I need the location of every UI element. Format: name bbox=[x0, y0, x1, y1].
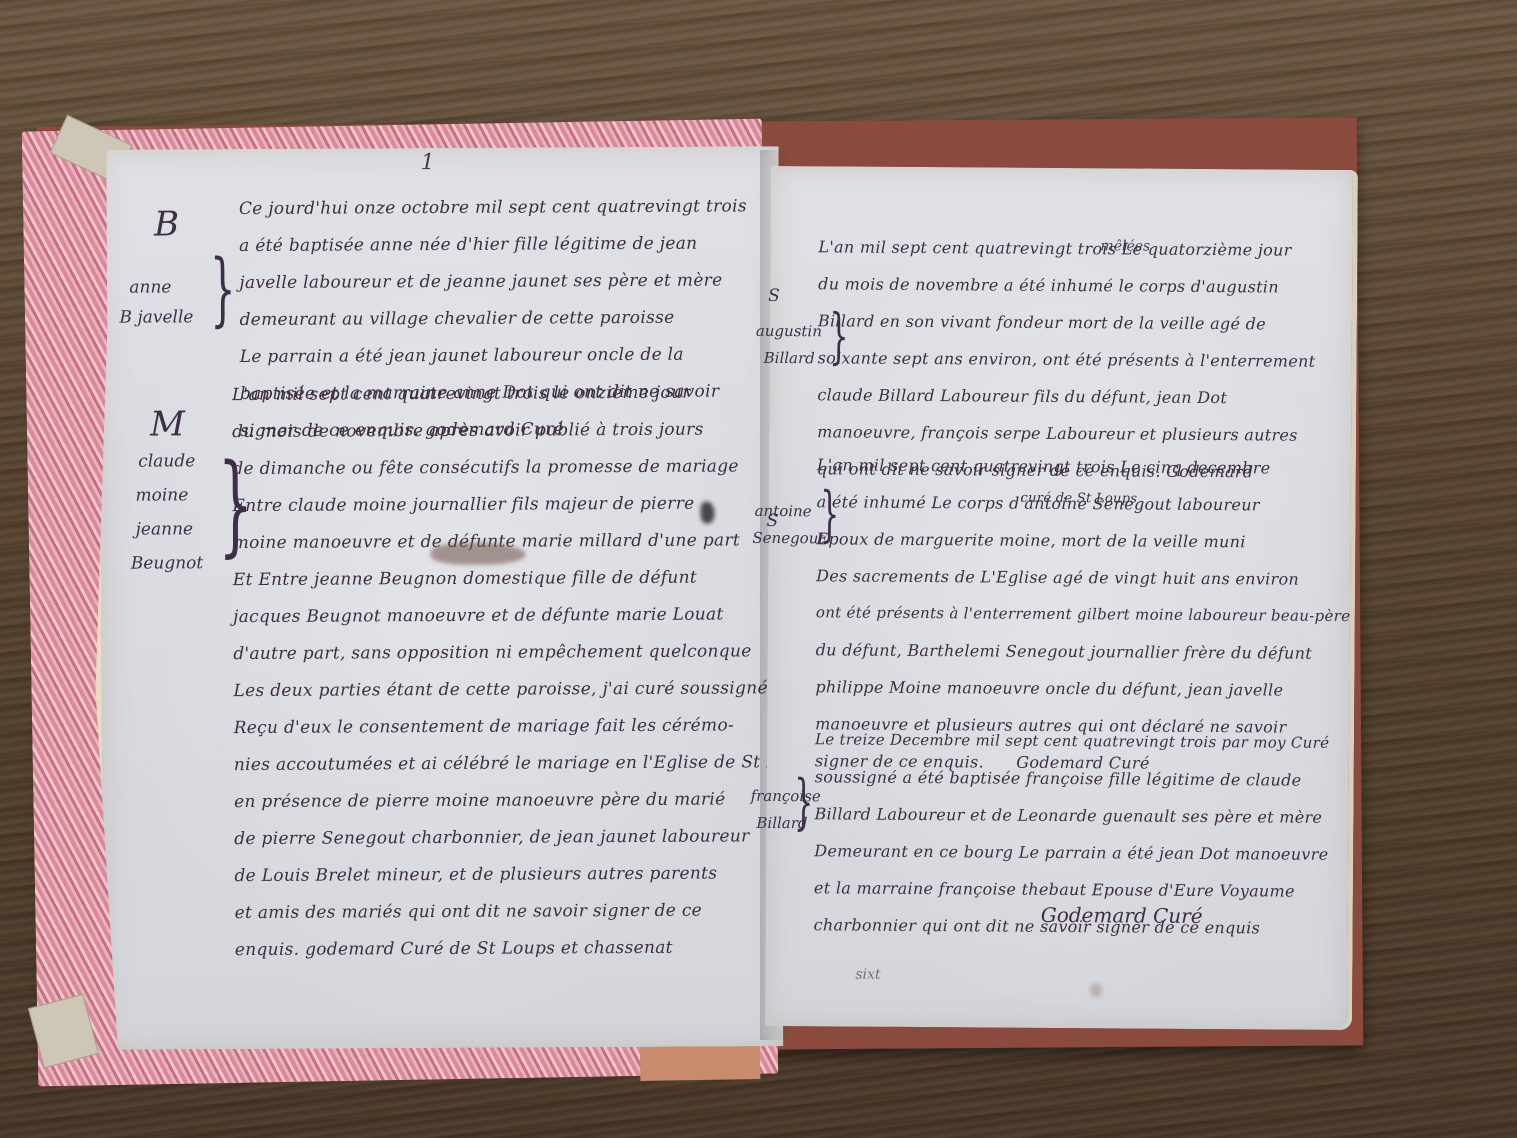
entry-line: Le parrain a été jean jaunet laboureur o… bbox=[240, 336, 748, 376]
entry-line: du défunt, Barthelemi Senegout journalli… bbox=[816, 631, 1351, 672]
margin-name: B javelle bbox=[119, 297, 193, 337]
brace-icon: } bbox=[794, 772, 814, 832]
entry-type-letter: M bbox=[150, 404, 185, 444]
paper-stain bbox=[1090, 983, 1102, 997]
entry-line: Entre claude moine journallier fils maje… bbox=[232, 485, 818, 525]
entry-line: L'an mil sept cent quatrevingt trois Le … bbox=[817, 446, 1352, 487]
entry-line: Et Entre jeanne Beugnon domestique fille… bbox=[233, 559, 819, 599]
entry-line: en présence de pierre moine manoeuvre pè… bbox=[234, 781, 820, 821]
margin-name: Beugnot bbox=[131, 546, 204, 580]
entry-line: L'an mil sept cent quatrevingt trois Le … bbox=[818, 228, 1316, 268]
entry-type-letter: B bbox=[154, 204, 179, 244]
entry-line: du mois de novembre après avoir publié à… bbox=[232, 411, 818, 451]
entry-line: Reçu d'eux le consentement de mariage fa… bbox=[234, 707, 820, 747]
entry-line: de Louis Brelet mineur, et de plusieurs … bbox=[234, 855, 820, 895]
entry-line: demeurant au village chevalier de cette … bbox=[239, 299, 747, 339]
entry-line: du mois de novembre a été inhumé le corp… bbox=[818, 265, 1316, 305]
entry-line: soixante sept ans environ, ont été prése… bbox=[818, 339, 1316, 379]
entry-line: Les deux parties étant de cette paroisse… bbox=[233, 670, 819, 710]
entry-line: L'an mil sept cent quatrevingt trois le … bbox=[232, 374, 818, 414]
ink-stain bbox=[431, 543, 526, 565]
margin-name: Billard bbox=[764, 338, 815, 378]
margin-name: claude bbox=[138, 444, 195, 478]
entry-line: nies accoutumées et ai célébré le mariag… bbox=[234, 744, 820, 784]
entry-line: claude Billard Laboureur fils du défunt,… bbox=[817, 376, 1315, 416]
faint-note: sixt bbox=[855, 967, 880, 983]
entry-line: soussigné a été baptisée françoise fille… bbox=[815, 758, 1330, 799]
brace-icon: } bbox=[210, 249, 236, 329]
entry-line: a été inhumé Le corps d'antoine Senegout… bbox=[817, 483, 1352, 524]
entry-line: philippe Moine manoeuvre oncle du défunt… bbox=[815, 668, 1350, 709]
entry-line: de pierre Senegout charbonnier, de jean … bbox=[234, 818, 820, 858]
entry-line: d'autre part, sans opposition ni empêche… bbox=[233, 633, 819, 673]
entry-line: javelle laboureur et de jeanne jaunet se… bbox=[239, 262, 747, 302]
entry-line: Billard Laboureur et de Leonarde guenaul… bbox=[814, 795, 1329, 836]
margin-name: Senegout bbox=[752, 518, 824, 559]
entry-line: enquis. godemard Curé de St Loups et cha… bbox=[235, 929, 821, 969]
entry-line: et amis des mariés qui ont dit ne savoir… bbox=[235, 892, 821, 932]
left-page: 1 B anne B javelle } Ce jourd'hui onze o… bbox=[93, 146, 784, 1050]
entry-line: Demeurant en ce bourg Le parrain a été j… bbox=[814, 832, 1329, 873]
register-entry-marriage: L'an mil sept cent quatrevingt trois le … bbox=[232, 374, 821, 969]
priest-signature: Godemard Curé bbox=[1041, 903, 1203, 928]
entry-line: a été baptisée anne née d'hier fille lég… bbox=[239, 225, 747, 265]
entry-line: Epoux de marguerite moine, mort de la ve… bbox=[816, 520, 1351, 561]
right-page: mêlées S augustin Billard } L'an mil sep… bbox=[765, 166, 1358, 1030]
entry-line: de dimanche ou fête consécutifs la prome… bbox=[232, 448, 818, 488]
page-top-mark: 1 bbox=[421, 150, 435, 175]
entry-line: Des sacrements de L'Eglise agé de vingt … bbox=[816, 557, 1351, 598]
entry-line: ont été présents à l'enterrement gilbert… bbox=[816, 594, 1351, 635]
margin-name: moine bbox=[135, 478, 188, 512]
margin-name: jeanne bbox=[136, 512, 194, 546]
entry-line: Ce jourd'hui onze octobre mil sept cent … bbox=[239, 188, 747, 228]
ink-blot bbox=[700, 502, 714, 524]
entry-line: moine manoeuvre et de défunte marie mill… bbox=[233, 522, 819, 562]
entry-line: jacques Beugnot manoeuvre et de défunte … bbox=[233, 596, 819, 636]
entry-line: Le treize Decembre mil sept cent quatrev… bbox=[815, 721, 1330, 762]
entry-line: Billard en son vivant fondeur mort de la… bbox=[818, 302, 1316, 342]
